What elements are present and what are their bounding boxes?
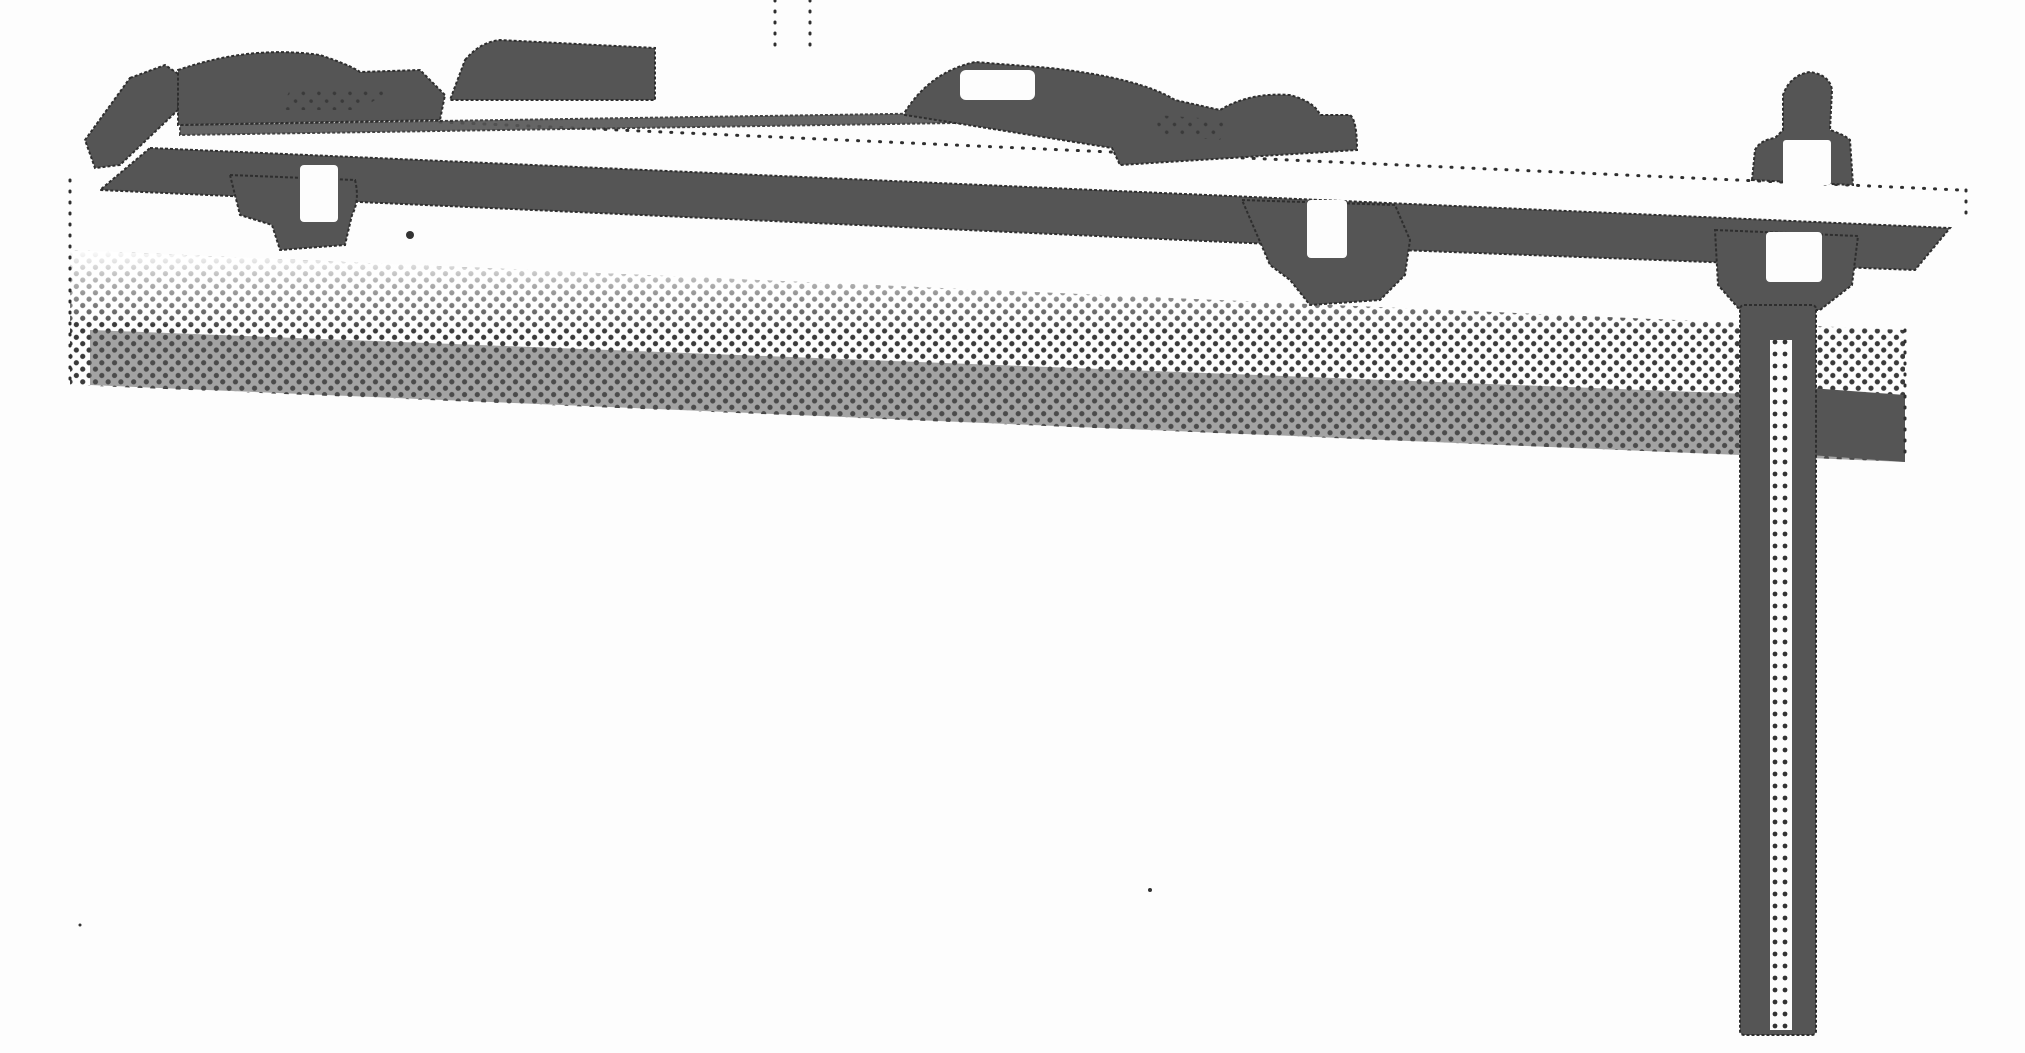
threaded-rod bbox=[1740, 305, 1816, 1035]
middle-clamp bbox=[905, 62, 1410, 305]
shaded-body bbox=[70, 250, 1905, 462]
rail-bar bbox=[100, 148, 1950, 270]
bolt-head bbox=[1752, 72, 1853, 185]
left-clamp bbox=[85, 40, 655, 250]
rod-collar bbox=[1715, 230, 1858, 310]
mechanical-illustration bbox=[0, 0, 2025, 1053]
illustration-canvas bbox=[0, 0, 2025, 1053]
